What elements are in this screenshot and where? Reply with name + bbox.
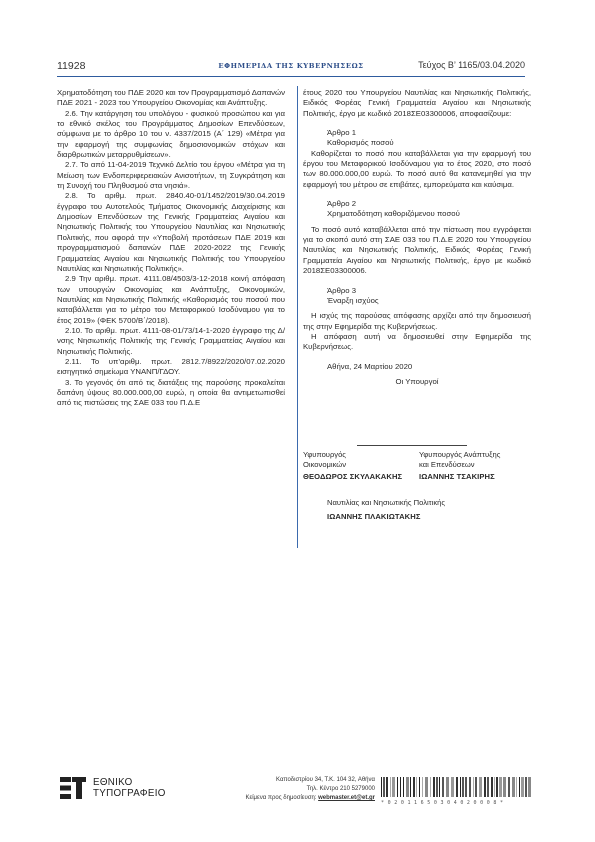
signatory-role: Οικονομικών (303, 460, 402, 470)
submission-label: Κείμενα προς δημοσίευση: (246, 795, 317, 801)
article-2-body: Το ποσό αυτό καταβάλλεται από την πίστωσ… (303, 225, 531, 277)
signatory-name: ΘΕΟΔΩΡΟΣ ΣΚΥΛΑΚΑΚΗΣ (303, 472, 402, 482)
place-date: Αθήνα, 24 Μαρτίου 2020 (303, 362, 531, 372)
article-2-title: Χρηματοδότηση καθοριζόμενου ποσού (303, 209, 531, 219)
article-1-title: Καθορισμός ποσού (303, 138, 531, 148)
barcode-icon (381, 777, 531, 797)
article-1-body: Καθορίζεται το ποσό που καταβάλλεται για… (303, 149, 531, 190)
paragraph: 2.10. Το αριθμ. πρωτ. 4111-08-01/73/14-1… (57, 326, 285, 357)
signatory-right: Υφυπουργός Ανάπτυξης και Επενδύσεων ΙΩΑΝ… (419, 450, 500, 483)
national-printing-office-logo-icon (60, 777, 86, 799)
article-3-body: Η ισχύς της παρούσας απόφασης αρχίζει απ… (303, 311, 531, 332)
left-column: Χρηματοδότηση του ΠΔΕ 2020 και τον Προγρ… (57, 88, 285, 409)
header-rule (57, 76, 525, 77)
paragraph: Χρηματοδότηση του ΠΔΕ 2020 και τον Προγρ… (57, 88, 285, 109)
logo-line-2: ΤΥΠΟΓΡΑΦΕΙΟ (93, 789, 166, 800)
signatory-name: ΙΩΑΝΝΗΣ ΠΛΑΚΙΩΤΑΚΗΣ (327, 512, 445, 522)
paragraph: 2.11. Το υπ’αριθμ. πρωτ. 2812.7/8922/202… (57, 357, 285, 378)
issue-number: Τεύχος Β’ 1165/03.04.2020 (418, 60, 525, 70)
paragraph: 2.8. Το αριθμ. πρωτ. 2840.40-01/1452/201… (57, 191, 285, 274)
paragraph: 2.7. Το από 11-04-2019 Τεχνικό Δελτίο το… (57, 160, 285, 191)
intro-paragraph: έτους 2020 του Υπουργείου Ναυτιλίας και … (303, 88, 531, 119)
email-link[interactable]: webmaster.et@et.gr (318, 795, 375, 801)
signatory-left: Υφυπουργός Οικονομικών ΘΕΟΔΩΡΟΣ ΣΚΥΛΑΚΑΚ… (303, 450, 402, 483)
paragraph: 2.6. Την κατάργηση του υπολόγου - φυσικο… (57, 109, 285, 161)
signatory-role: Ναυτιλίας και Νησιωτικής Πολιτικής (327, 498, 445, 508)
article-2-number: Άρθρο 2 (303, 199, 531, 209)
contact-info: Καποδιστρίου 34, Τ.Κ. 104 32, Αθήνα Τηλ.… (210, 776, 375, 803)
barcode-digits: *02011650304020008* (381, 800, 531, 806)
phone: Τηλ. Κέντρο 210 5279000 (210, 785, 375, 794)
right-column: έτους 2020 του Υπουργείου Ναυτιλίας και … (303, 88, 531, 387)
paragraph: 3. Το γεγονός ότι από τις διατάξεις της … (57, 378, 285, 409)
publication-order: Η απόφαση αυτή να δημοσιευθεί στην Εφημε… (303, 332, 531, 353)
signature-rule (357, 445, 467, 446)
logo-text: ΕΘΝΙΚΟ ΤΥΠΟΓΡΑΦΕΙΟ (93, 778, 166, 799)
article-1-number: Άρθρο 1 (303, 128, 531, 138)
signatory-name: ΙΩΑΝΝΗΣ ΤΣΑΚΙΡΗΣ (419, 472, 500, 482)
logo-line-1: ΕΘΝΙΚΟ (93, 778, 166, 789)
signatory-role: και Επενδύσεων (419, 460, 500, 470)
column-divider (297, 86, 298, 548)
ministers-heading: Οι Υπουργοί (303, 377, 531, 387)
address: Καποδιστρίου 34, Τ.Κ. 104 32, Αθήνα (210, 776, 375, 785)
article-3-number: Άρθρο 3 (303, 286, 531, 296)
page-header: 11928 ΕΦΗΜΕΡΙΔΑ ΤΗΣ ΚΥΒΕΡΝΗΣΕΩΣ Τεύχος Β… (57, 56, 525, 76)
signatory-role: Υφυπουργός Ανάπτυξης (419, 450, 500, 460)
signatory-role: Υφυπουργός (303, 450, 402, 460)
signatory-bottom: Ναυτιλίας και Νησιωτικής Πολιτικής ΙΩΑΝΝ… (327, 498, 445, 522)
article-3-title: Έναρξη ισχύος (303, 296, 531, 306)
paragraph: 2.9 Την αριθμ. πρωτ. 4111.08/4503/3-12-2… (57, 274, 285, 326)
